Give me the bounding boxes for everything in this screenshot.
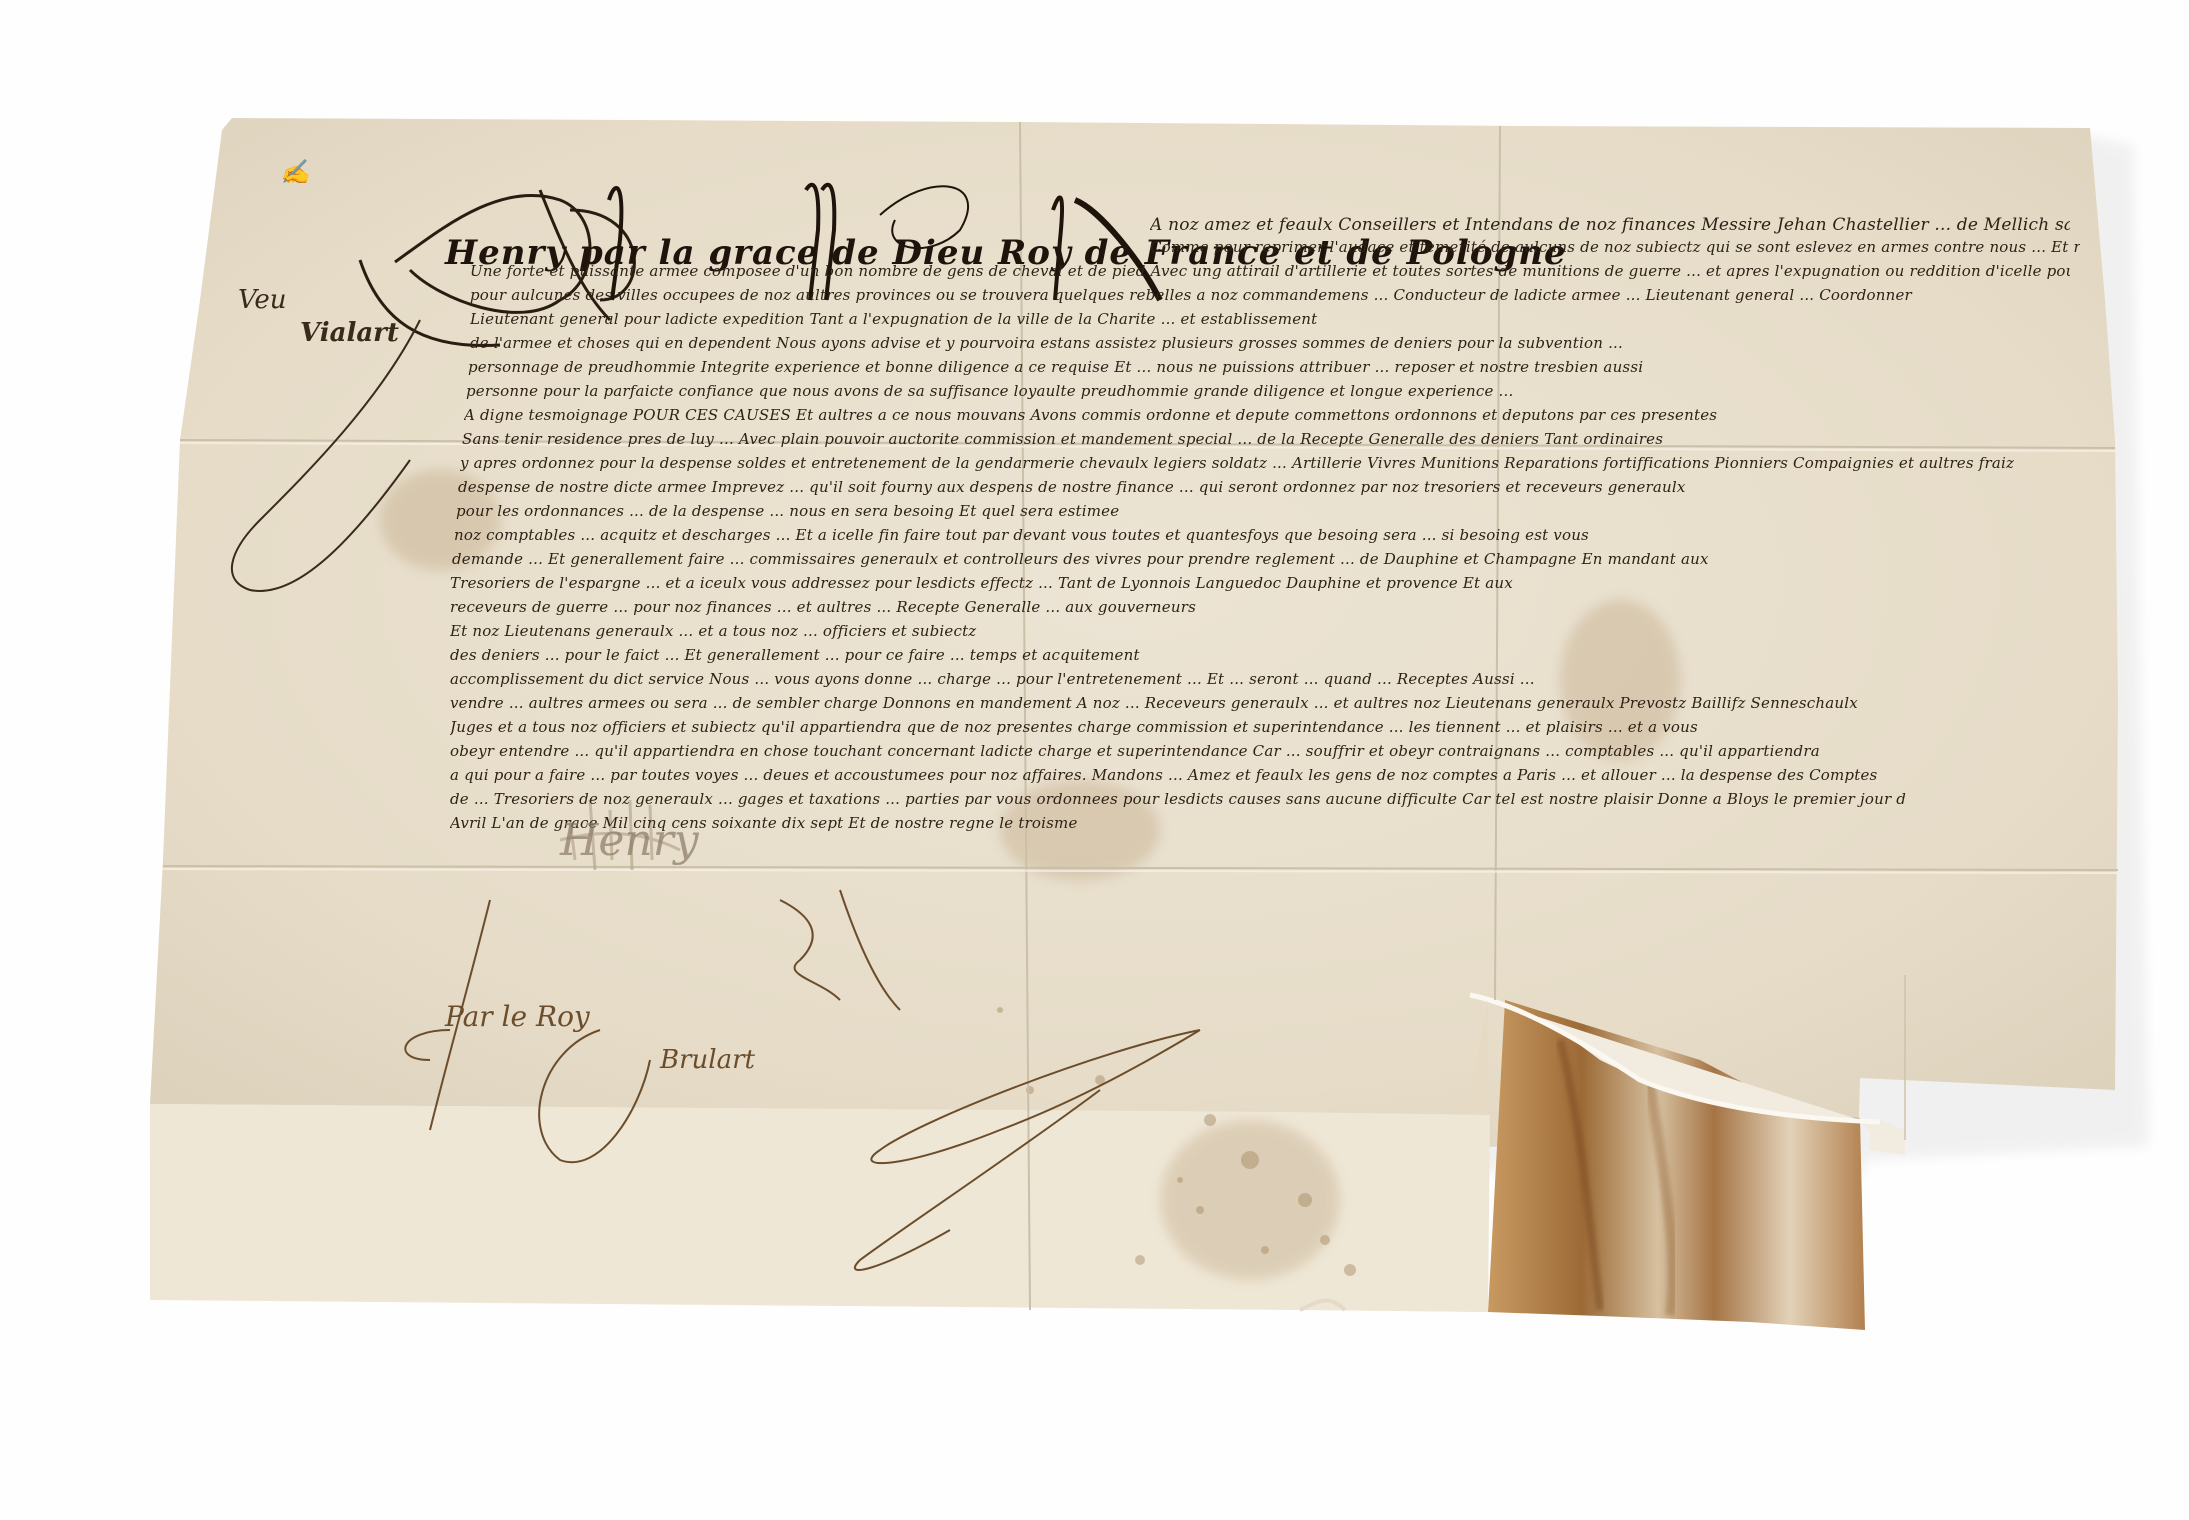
body-line: pour aulcunes des villes occupees de noz… — [470, 286, 2070, 304]
body-line: vendre ... aultres armees ou sera ... de… — [450, 694, 2075, 712]
body-line: de ... Tresoriers de noz generaulx ... g… — [450, 790, 2075, 808]
body-line: Une forte et puissante armee composee d'… — [470, 262, 2070, 280]
body-line: obeyr entendre ... qu'il appartiendra en… — [450, 742, 2075, 760]
body-line: accomplissement du dict service Nous ...… — [450, 670, 2075, 688]
body-line: y apres ordonnez pour la despense soldes… — [460, 454, 2080, 472]
body-line: a qui pour a faire ... par toutes voyes … — [450, 766, 2075, 784]
body-line: de l'armee et choses qui en dependent No… — [470, 334, 2080, 352]
body-line: receveurs de guerre ... pour noz finance… — [450, 598, 2075, 616]
margin-note-veu: Veu — [238, 285, 287, 315]
body-line: des deniers ... pour le faict ... Et gen… — [450, 646, 2075, 664]
body-line: despense de nostre dicte armee Imprevez … — [458, 478, 2078, 496]
body-line: personnage de preudhommie Integrite expe… — [468, 358, 2078, 376]
photo-background: ✍ Veu Vialart Henry par la grace de Dieu… — [0, 0, 2189, 1520]
title-continuation: A noz amez et feaulx Conseillers et Inte… — [1150, 215, 2070, 235]
margin-note-signature: Vialart — [300, 318, 399, 348]
king-signature: Henry — [560, 815, 699, 866]
secretary-signature: Brulart — [660, 1045, 755, 1075]
body-line: Sans tenir residence pres de luy ... Ave… — [462, 430, 2072, 448]
body-line: demande ... Et generallement faire ... c… — [452, 550, 2077, 568]
body-line: personne pour la parfaicte confiance que… — [466, 382, 2076, 400]
body-line: Comme pour reprimer l'audace et temerité… — [1150, 238, 2080, 256]
body-line: noz comptables ... acquitz et descharges… — [454, 526, 2079, 544]
margin-mark-top: ✍ — [280, 158, 310, 186]
body-line: Lieutenant general pour ladicte expediti… — [470, 310, 2080, 328]
body-line: Juges et a tous noz officiers et subiect… — [450, 718, 2075, 736]
countersign-par-le-roy: Par le Roy — [445, 1000, 590, 1033]
body-line: A digne tesmoignage POUR CES CAUSES Et a… — [464, 406, 2074, 424]
body-line: Et noz Lieutenans generaulx ... et a tou… — [450, 622, 2075, 640]
body-line: Tresoriers de l'espargne ... et a iceulx… — [450, 574, 2075, 592]
body-line: pour les ordonnances ... de la despense … — [456, 502, 2076, 520]
